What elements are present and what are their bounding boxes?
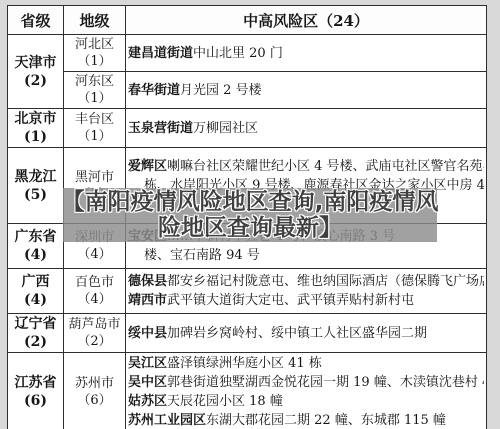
province-name: 辽宁省 (10, 315, 61, 333)
prefecture-count: （1） (66, 90, 123, 107)
risk-area-text: 中山北里 20 门 (193, 46, 283, 61)
header-prefecture-col: 地级 (64, 6, 126, 35)
watermark-line-1: 【南阳疫情风险地区查询,南阳疫情风 (62, 189, 439, 215)
risk-areas-cell: 德保县都安乡福记村陇意屯、维也纳国际酒店（德保腾飞广场店）靖西市武平镇大道街大定… (126, 269, 487, 314)
risk-area-text: 楼、宝石南路 94 号 (144, 248, 260, 263)
prefecture-count: （1） (66, 128, 123, 145)
province-cell: 广东省(4) (8, 224, 64, 269)
province-cell: 北京市(1) (8, 109, 64, 148)
risk-area-line: 德保县都安乡福记村陇意屯、维也纳国际酒店（德保腾飞广场店） (128, 272, 484, 291)
risk-area-text: 天辰花园小区 18 幢 (167, 394, 283, 409)
prefecture-name: 百色市 (66, 274, 123, 291)
province-cell: 广西 (4) (8, 269, 64, 314)
province-count: (2) (10, 72, 61, 90)
table-row: 北京市(1)丰台区（1）玉泉营街道万柳园社区 (8, 109, 487, 148)
prefecture-name: 苏州市 (66, 375, 123, 392)
risk-area-name-bold: 春华街道 (128, 83, 180, 98)
prefecture-count: （4） (66, 291, 123, 308)
risk-area-name-bold: 建昌道街道 (128, 46, 193, 61)
province-count: (6) (10, 392, 61, 410)
risk-area-text: 喇嘛台社区荣耀世纪小区 4 号楼、武庙屯社区警官名苑小区 B (167, 159, 484, 174)
prefecture-cell: 百色市（4） (64, 269, 126, 314)
prefecture-name: 黑河市 (66, 169, 123, 186)
prefecture-name: 河北区 (66, 36, 123, 53)
risk-area-name-bold: 爱辉区 (128, 159, 167, 174)
risk-area-line: 玉泉营街道万柳园社区 (128, 119, 484, 138)
risk-area-line: 绥中县加碑岩乡窝岭村、绥中镇工人社区盛华园二期 (128, 324, 484, 343)
prefecture-cell: 葫芦岛市（2） (64, 314, 126, 353)
province-name: 天津市 (10, 54, 61, 72)
table-row: 广西 (4)百色市（4）德保县都安乡福记村陇意屯、维也纳国际酒店（德保腾飞广场店… (8, 269, 487, 314)
table-row: 江苏省(6)苏州市（6）吴江区盛泽镇绿洲华庭小区 41 栋吴中区郭巷街道独墅湖西… (8, 353, 487, 429)
risk-areas-cell: 吴江区盛泽镇绿洲华庭小区 41 栋吴中区郭巷街道独墅湖西金悦花园一期 19 幢、… (126, 353, 487, 429)
watermark-line-2: 险地区查询最新】 (158, 215, 342, 241)
watermark-overlay: 【南阳疫情风险地区查询,南阳疫情风 险地区查询最新】 (63, 188, 437, 242)
province-cell: 黑龙江(5) (8, 148, 64, 224)
risk-area-line: 楼、宝石南路 94 号 (128, 246, 484, 265)
prefecture-cell: 苏州市（6） (64, 353, 126, 429)
risk-area-line: 爱辉区喇嘛台社区荣耀世纪小区 4 号楼、武庙屯社区警官名苑小区 B (128, 157, 484, 176)
risk-area-name-bold: 德保县 (128, 274, 167, 289)
risk-area-name-bold: 玉泉营街道 (128, 121, 193, 136)
province-count: (2) (10, 333, 61, 351)
risk-area-text: 月光园 2 号楼 (180, 83, 262, 98)
risk-area-text: 万柳园社区 (193, 121, 258, 136)
risk-area-text: 加碑岩乡窝岭村、绥中镇工人社区盛华园二期 (167, 326, 427, 341)
risk-area-line: 吴中区郭巷街道独墅湖西金悦花园一期 19 幢、木渎镇沈巷村 47～69 号 (128, 373, 484, 392)
table-header: 省级 地级 中高风险区（24） (8, 6, 487, 35)
province-cell: 江苏省(6) (8, 353, 64, 429)
risk-area-text: 东湖大郡花园二期 22 幢、东城郡 115 幢 (206, 413, 446, 428)
risk-area-line: 建昌道街道中山北里 20 门 (128, 44, 484, 63)
risk-area-text: 郭巷街道独墅湖西金悦花园一期 19 幢、木渎镇沈巷村 47～69 号 (167, 375, 484, 390)
province-name: 黑龙江 (10, 168, 61, 186)
table-row: 辽宁省(2)葫芦岛市（2）绥中县加碑岩乡窝岭村、绥中镇工人社区盛华园二期 (8, 314, 487, 353)
risk-area-name-bold: 靖西市 (128, 293, 167, 308)
risk-area-name-bold: 姑苏区 (128, 394, 167, 409)
risk-area-name-bold: 吴江区 (128, 356, 167, 371)
header-province-col: 省级 (8, 6, 64, 35)
table-row: 天津市(2)河北区（1）建昌道街道中山北里 20 门 (8, 35, 487, 72)
risk-area-text: 都安乡福记村陇意屯、维也纳国际酒店（德保腾飞广场店） (167, 274, 484, 289)
province-count: (5) (10, 186, 61, 204)
prefecture-name: 葫芦岛市 (66, 316, 123, 333)
prefecture-count: （1） (66, 53, 123, 70)
risk-area-line: 姑苏区天辰花园小区 18 幢 (128, 392, 484, 411)
table-row: 河东区（1）春华街道月光园 2 号楼 (8, 72, 487, 109)
risk-area-name-bold: 绥中县 (128, 326, 167, 341)
risk-areas-cell: 绥中县加碑岩乡窝岭村、绥中镇工人社区盛华园二期 (126, 314, 487, 353)
prefecture-name: 河东区 (66, 73, 123, 90)
province-cell: 天津市(2) (8, 35, 64, 109)
prefecture-count: （2） (66, 333, 123, 350)
risk-area-name-bold: 吴中区 (128, 375, 167, 390)
risk-area-name-bold: 苏州工业园区 (128, 413, 206, 428)
province-count: (1) (10, 128, 61, 146)
header-row: 省级 地级 中高风险区（24） (8, 6, 487, 35)
risk-areas-cell: 春华街道月光园 2 号楼 (126, 72, 487, 109)
province-count: (4) (10, 246, 61, 264)
prefecture-cell: 河北区（1） (64, 35, 126, 72)
province-name: 江苏省 (10, 374, 61, 392)
risk-areas-cell: 玉泉营街道万柳园社区 (126, 109, 487, 148)
prefecture-count: （4） (66, 246, 123, 263)
province-cell: 辽宁省(2) (8, 314, 64, 353)
risk-area-line: 吴江区盛泽镇绿洲华庭小区 41 栋 (128, 354, 484, 373)
risk-area-line: 靖西市武平镇大道街大定屯、武平镇弄贴村新村屯 (128, 291, 484, 310)
header-risk-areas-col: 中高风险区（24） (126, 6, 487, 35)
province-name: 北京市 (10, 110, 61, 128)
prefecture-count: （6） (66, 392, 123, 409)
risk-area-line: 春华街道月光园 2 号楼 (128, 81, 484, 100)
risk-areas-cell: 建昌道街道中山北里 20 门 (126, 35, 487, 72)
prefecture-cell: 丰台区（1） (64, 109, 126, 148)
prefecture-name: 丰台区 (66, 111, 123, 128)
prefecture-cell: 河东区（1） (64, 72, 126, 109)
risk-area-line: 苏州工业园区东湖大郡花园二期 22 幢、东城郡 115 幢 (128, 411, 484, 429)
risk-area-text: 武平镇大道街大定屯、武平镇弄贴村新村屯 (167, 293, 414, 308)
province-name: 广东省 (10, 228, 61, 246)
risk-area-text: 盛泽镇绿洲华庭小区 41 栋 (167, 356, 322, 371)
